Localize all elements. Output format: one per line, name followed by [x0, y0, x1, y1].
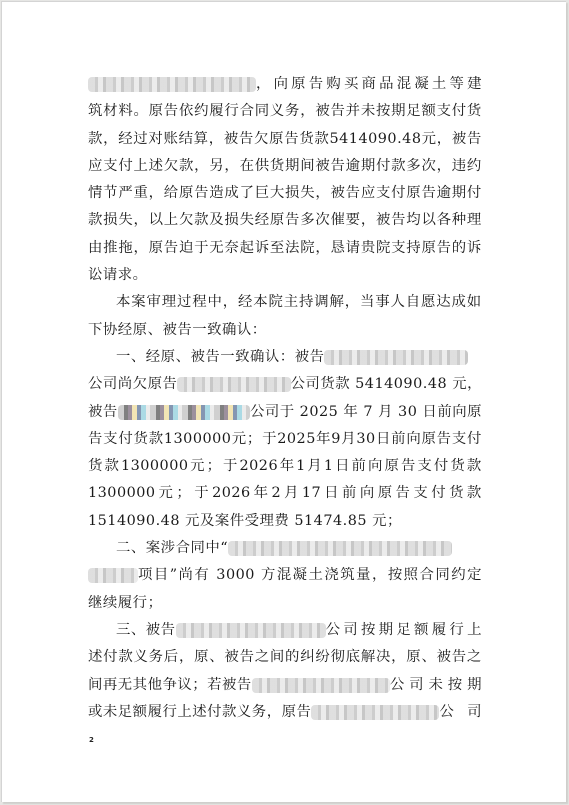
text-glyph: 告	[421, 180, 436, 207]
text-glyph: 成	[452, 289, 467, 316]
text-line: 筑材料。原告依约履行合同义务，被告并未按期足额支付货	[88, 98, 482, 125]
text-glyph: 向	[406, 426, 421, 453]
text-glyph: 经	[118, 126, 133, 153]
text-glyph: 的	[452, 235, 467, 262]
text-glyph: 了	[240, 180, 255, 207]
text-glyph: ，	[133, 235, 148, 262]
text-glyph: 损	[103, 207, 118, 234]
text-glyph: 2026	[212, 480, 251, 507]
text-glyph: ，	[437, 153, 452, 180]
text-glyph: ，	[179, 644, 194, 671]
text-glyph: 务	[149, 644, 164, 671]
text-glyph: 纷	[315, 644, 330, 671]
text-segment: 间再无其他争议；若被告	[88, 672, 252, 699]
text-glyph: 支	[103, 153, 118, 180]
text-glyph: 告	[437, 235, 452, 262]
text-glyph: 。	[133, 98, 148, 125]
text-glyph: 逾	[437, 180, 452, 207]
text-glyph: 货	[449, 480, 464, 507]
text-glyph: 货	[299, 126, 314, 153]
text-glyph: 述	[88, 644, 103, 671]
document-page: ，向原告购买商品混凝土等建筑材料。原告依约履行合同义务，被告并未按期足额支付货款…	[1, 1, 566, 802]
text-glyph: 款	[179, 153, 194, 180]
text-glyph: 给	[164, 180, 179, 207]
text-segment: 公司	[439, 699, 482, 726]
text-glyph: 过	[133, 126, 148, 153]
text-glyph: 调	[314, 289, 329, 316]
text-glyph: 日	[324, 480, 339, 507]
text-glyph: 告	[401, 453, 416, 480]
text-line: 或未足额履行上述付款义务，原告公司	[88, 699, 482, 726]
text-glyph: 支	[103, 426, 118, 453]
text-glyph: 款	[467, 453, 482, 480]
text-glyph: 付	[376, 153, 391, 180]
text-glyph: 上	[164, 207, 179, 234]
text-glyph: 在	[240, 153, 255, 180]
text-line: 1300000元；于2026年2月17日前向原告支付货款	[88, 480, 482, 507]
text-glyph: 付	[431, 480, 446, 507]
text-glyph: 以	[149, 207, 164, 234]
text-glyph: 1300000	[88, 480, 156, 507]
text-glyph: 月	[307, 453, 322, 480]
text-glyph: 支	[413, 480, 428, 507]
text-glyph: 付	[118, 426, 133, 453]
text-glyph: 原	[269, 126, 284, 153]
text-glyph: 节	[103, 180, 118, 207]
text-glyph: 款	[391, 153, 406, 180]
text-segment: 公司未按期	[390, 672, 482, 699]
text-glyph: 17	[302, 480, 321, 507]
redacted-name	[88, 568, 138, 583]
text-glyph: 次	[421, 153, 436, 180]
text-segment: 继续履行；	[88, 590, 162, 617]
text-glyph: 自	[406, 289, 421, 316]
text-glyph: 约	[467, 153, 482, 180]
text-segment: 项目”尚有 3000 方混凝土浇筑量，按照合同约定	[138, 562, 482, 589]
text-glyph: 院	[269, 289, 284, 316]
text-glyph: 付	[452, 98, 467, 125]
text-segment: 公司于 2025 年 7 月 30 日前向原	[250, 399, 482, 426]
text-glyph: 成	[224, 180, 239, 207]
text-glyph: 款	[104, 453, 119, 480]
text-glyph: 催	[331, 207, 346, 234]
text-glyph: 向	[360, 480, 375, 507]
text-glyph: ，	[133, 207, 148, 234]
text-glyph: ，	[345, 289, 360, 316]
text-glyph: 愿	[421, 289, 436, 316]
text-glyph: 失	[118, 207, 133, 234]
text-glyph: 1	[296, 453, 306, 480]
text-glyph: 起	[240, 235, 255, 262]
text-glyph: 以	[421, 207, 436, 234]
text-line: 述付款义务后，原、被告之间的纠纷彻底解决，原、被告之	[88, 644, 482, 671]
text-glyph: 过	[177, 289, 192, 316]
text-glyph: 告	[391, 207, 406, 234]
text-glyph: 人	[391, 289, 406, 316]
text-glyph: 告	[164, 235, 179, 262]
text-glyph: 理	[162, 289, 177, 316]
text-glyph: 元	[159, 480, 174, 507]
text-glyph: 欠	[254, 126, 269, 153]
text-glyph: 原	[378, 480, 393, 507]
text-glyph: 2025	[277, 426, 316, 453]
text-glyph: 1	[324, 453, 334, 480]
redacted-name	[324, 350, 468, 365]
text-glyph: 料	[118, 98, 133, 125]
text-segment: 讼请求。	[88, 262, 148, 289]
text-glyph: 本	[116, 289, 131, 316]
text-line: 下协经原、被告一致确认：	[88, 317, 482, 344]
text-glyph: 中	[208, 289, 223, 316]
text-glyph: 向	[368, 453, 383, 480]
text-segment: 1514090.48 元及案件受理费 51474.85 元；	[88, 508, 402, 535]
text-glyph: 底	[346, 644, 361, 671]
text-line: 间再无其他争议；若被告公司未按期	[88, 672, 482, 699]
text-glyph: 原	[270, 207, 285, 234]
text-glyph: 9	[331, 426, 341, 453]
text-glyph: 元	[190, 453, 205, 480]
text-glyph: 于	[262, 426, 277, 453]
text-line: 讼请求。	[88, 262, 482, 289]
text-glyph: 经	[255, 207, 270, 234]
text-glyph: 由	[88, 235, 103, 262]
text-glyph: 于	[194, 235, 209, 262]
text-glyph: 要	[346, 207, 361, 234]
text-glyph: 应	[361, 180, 376, 207]
text-glyph: 行	[224, 98, 239, 125]
text-glyph: 理	[467, 207, 482, 234]
text-line: 被告公司于 2025 年 7 月 30 日前向原	[88, 399, 482, 426]
text-glyph: 付	[467, 180, 482, 207]
text-line: 公司尚欠原告公司货款 5414090.48 元，	[88, 371, 482, 398]
text-glyph: 元	[232, 426, 247, 453]
text-glyph: 违	[452, 153, 467, 180]
redacted-name	[252, 678, 390, 693]
text-glyph: 付	[103, 644, 118, 671]
text-glyph: 告	[452, 644, 467, 671]
text-glyph: 履	[209, 98, 224, 125]
text-glyph: ，	[223, 289, 238, 316]
text-glyph: 解	[361, 644, 376, 671]
text-glyph: 年	[316, 426, 331, 453]
text-glyph: 告	[331, 153, 346, 180]
text-glyph: 大	[270, 180, 285, 207]
text-segment: 三、被告	[116, 617, 176, 644]
text-line: 货款1300000元；于2026年1月1日前向原告支付货款	[88, 453, 482, 480]
text-glyph: 货	[450, 453, 465, 480]
text-line: 告支付货款1300000元；于2025年9月30日前向原告支付	[88, 426, 482, 453]
text-glyph: 款	[88, 126, 103, 153]
text-glyph: 约	[194, 98, 209, 125]
text-glyph: 算	[194, 126, 209, 153]
text-glyph: 告	[88, 426, 103, 453]
text-glyph: 重	[133, 180, 148, 207]
text-glyph: ，	[149, 180, 164, 207]
text-glyph: ，	[224, 153, 239, 180]
text-glyph: 告	[467, 126, 482, 153]
text-glyph: ，	[194, 153, 209, 180]
text-glyph: 被	[331, 180, 346, 207]
text-glyph: 院	[300, 235, 315, 262]
text-glyph: 决	[376, 644, 391, 671]
text-glyph: 前	[391, 426, 406, 453]
text-glyph: 对	[148, 126, 163, 153]
text-glyph: 被	[376, 207, 391, 234]
text-glyph: 多	[300, 207, 315, 234]
text-glyph: 彻	[331, 644, 346, 671]
text-glyph: 额	[421, 98, 436, 125]
text-glyph: 损	[224, 207, 239, 234]
text-glyph: 义	[133, 644, 148, 671]
text-glyph: 之	[255, 644, 270, 671]
text-glyph: 货	[134, 426, 149, 453]
text-glyph: 后	[164, 644, 179, 671]
text-glyph: 年	[280, 453, 295, 480]
text-glyph: 告	[346, 180, 361, 207]
text-glyph: 拖	[118, 235, 133, 262]
text-glyph: 告	[437, 426, 452, 453]
redacted-name	[311, 705, 439, 720]
text-glyph: 告	[285, 207, 300, 234]
document-body: ，向原告购买商品混凝土等建筑材料。原告依约履行合同义务，被告并未按期足额支付货款…	[88, 71, 482, 726]
text-glyph: 原	[384, 453, 399, 480]
text-glyph: 被	[315, 98, 330, 125]
text-segment: 公司尚欠原告	[88, 371, 177, 398]
text-segment: 公司货款 5414090.48 元，	[291, 371, 482, 398]
text-glyph: 次	[315, 207, 330, 234]
text-glyph: 、	[209, 644, 224, 671]
text-glyph: 被	[224, 126, 239, 153]
text-glyph: 义	[270, 98, 285, 125]
text-glyph: 元	[422, 126, 437, 153]
text-glyph: 另	[209, 153, 224, 180]
text-glyph: 原	[406, 644, 421, 671]
text-glyph: 并	[346, 98, 361, 125]
text-glyph: 被	[315, 153, 330, 180]
text-glyph: 程	[192, 289, 207, 316]
text-glyph: 款	[314, 126, 329, 153]
text-glyph: 损	[285, 180, 300, 207]
text-glyph: 被	[224, 644, 239, 671]
text-segment: 下协经原、被告一致确认：	[88, 317, 267, 344]
text-glyph: 付	[467, 426, 482, 453]
text-glyph: 供	[255, 153, 270, 180]
text-glyph: 按	[376, 98, 391, 125]
text-glyph: 足	[406, 98, 421, 125]
text-glyph: 纠	[300, 644, 315, 671]
text-glyph: 支	[391, 235, 406, 262]
text-glyph: 请	[346, 235, 361, 262]
text-glyph: 日	[335, 453, 350, 480]
text-glyph: 款	[467, 480, 482, 507]
text-glyph: ；	[247, 426, 262, 453]
text-segment: 被告	[88, 399, 118, 426]
text-glyph: 未	[361, 98, 376, 125]
text-glyph: 期	[361, 153, 376, 180]
text-glyph: ，	[315, 235, 330, 262]
text-glyph: 2	[271, 480, 281, 507]
text-glyph: 如	[467, 289, 482, 316]
text-glyph: 付	[434, 453, 449, 480]
text-glyph: 贵	[361, 235, 376, 262]
text-glyph: 货	[270, 153, 285, 180]
text-glyph: 账	[163, 126, 178, 153]
text-glyph: 间	[270, 644, 285, 671]
text-glyph: 事	[375, 289, 390, 316]
text-glyph: 年	[254, 480, 269, 507]
text-glyph: 种	[452, 207, 467, 234]
text-glyph: 均	[406, 207, 421, 234]
redacted-name	[228, 541, 452, 556]
text-glyph: ，	[437, 126, 452, 153]
text-line: 继续履行；	[88, 590, 482, 617]
text-segment: 二、案涉合同中“	[116, 535, 228, 562]
text-line: 1514090.48 元及案件受理费 51474.85 元；	[88, 508, 482, 535]
text-glyph: 持	[299, 289, 314, 316]
text-glyph: 30	[356, 426, 375, 453]
text-glyph: 支	[437, 98, 452, 125]
text-glyph: 推	[103, 235, 118, 262]
text-glyph: 于	[194, 480, 209, 507]
text-glyph: 款	[194, 207, 209, 234]
text-glyph: 前	[352, 453, 367, 480]
text-glyph: 结	[179, 126, 194, 153]
text-glyph: ；	[207, 453, 222, 480]
text-glyph: 于	[223, 453, 238, 480]
text-glyph: 原	[421, 426, 436, 453]
text-glyph: 达	[436, 289, 451, 316]
text-glyph: 应	[88, 153, 103, 180]
text-glyph: 原	[149, 235, 164, 262]
text-glyph: 本	[253, 289, 268, 316]
redacted-name	[88, 77, 256, 92]
text-glyph: 材	[103, 98, 118, 125]
text-glyph: ；	[176, 480, 191, 507]
text-glyph: 及	[209, 207, 224, 234]
text-glyph: 前	[342, 480, 357, 507]
text-glyph: 告	[331, 98, 346, 125]
text-glyph: 被	[452, 126, 467, 153]
text-glyph: 原	[421, 235, 436, 262]
text-glyph: 无	[209, 235, 224, 262]
text-glyph: 同	[255, 98, 270, 125]
text-line: 情节严重，给原告造成了巨大损失，被告应支付原告逾期付	[88, 180, 482, 207]
text-glyph: 奈	[224, 235, 239, 262]
text-glyph: 失	[240, 207, 255, 234]
text-glyph: 当	[360, 289, 375, 316]
text-glyph: 原	[179, 180, 194, 207]
text-glyph: ，	[103, 126, 118, 153]
text-glyph: 院	[376, 235, 391, 262]
text-glyph: ，	[315, 180, 330, 207]
text-line: 款损失，以上欠款及损失经原告多次催要，被告均以各种理	[88, 207, 482, 234]
text-segment: 公司按期足额履行上	[326, 617, 482, 644]
text-glyph: ，	[361, 207, 376, 234]
text-glyph: 1300000	[121, 453, 189, 480]
text-glyph: 、	[421, 644, 436, 671]
text-glyph: ，	[209, 126, 224, 153]
text-glyph: 严	[118, 180, 133, 207]
text-glyph: 造	[209, 180, 224, 207]
text-glyph: 告	[284, 126, 299, 153]
text-glyph: 案	[131, 289, 146, 316]
text-glyph: 上	[133, 153, 148, 180]
text-glyph: 审	[147, 289, 162, 316]
text-glyph: 主	[284, 289, 299, 316]
text-glyph: 1300000	[164, 426, 232, 453]
text-glyph: 货	[467, 98, 482, 125]
text-glyph: 法	[285, 235, 300, 262]
text-glyph: 期	[452, 180, 467, 207]
text-glyph: 告	[396, 480, 411, 507]
text-glyph: 日	[376, 426, 391, 453]
text-line: 款，经过对账结算，被告欠原告货款5414090.48元，被告	[88, 126, 482, 153]
text-glyph: 月	[341, 426, 356, 453]
text-glyph: 各	[437, 207, 452, 234]
text-glyph: 原	[406, 180, 421, 207]
text-glyph: 期	[391, 98, 406, 125]
text-glyph: 2026	[240, 453, 279, 480]
text-glyph: 间	[300, 153, 315, 180]
text-line: 项目”尚有 3000 方混凝土浇筑量，按照合同约定	[88, 562, 482, 589]
text-glyph: 迫	[179, 235, 194, 262]
text-glyph: 付	[118, 153, 133, 180]
text-line: 一、经原、被告一致确认：被告	[88, 344, 482, 371]
text-glyph: 款	[118, 644, 133, 671]
text-glyph: 欠	[179, 207, 194, 234]
text-glyph: 告	[240, 644, 255, 671]
text-glyph: 失	[300, 180, 315, 207]
text-glyph: 多	[406, 153, 421, 180]
text-line: 三、被告公司按期足额履行上	[88, 617, 482, 644]
text-glyph: 期	[285, 153, 300, 180]
text-glyph: 持	[406, 235, 421, 262]
text-glyph: 诉	[467, 235, 482, 262]
text-line: 本案审理过程中，经本院主持调解，当事人自愿达成如	[88, 289, 482, 316]
text-glyph: ，	[300, 98, 315, 125]
text-glyph: 款	[149, 426, 164, 453]
text-glyph: 恳	[331, 235, 346, 262]
text-glyph: 支	[452, 426, 467, 453]
text-line: 二、案涉合同中“	[88, 535, 482, 562]
text-glyph: 务	[285, 98, 300, 125]
text-glyph: 货	[88, 453, 103, 480]
text-glyph: 被	[437, 644, 452, 671]
text-glyph: 付	[391, 180, 406, 207]
text-glyph: 依	[179, 98, 194, 125]
text-glyph: 解	[330, 289, 345, 316]
text-glyph: 月	[284, 480, 299, 507]
text-glyph: 巨	[255, 180, 270, 207]
text-glyph: 5414090.48	[330, 126, 422, 153]
redacted-name	[118, 405, 250, 420]
text-glyph: 告	[194, 180, 209, 207]
redacted-name	[176, 623, 326, 638]
text-glyph: 至	[270, 235, 285, 262]
text-line: ，向原告购买商品混凝土等建	[88, 71, 482, 98]
text-glyph: 支	[417, 453, 432, 480]
text-glyph: 经	[238, 289, 253, 316]
text-glyph: 告	[164, 98, 179, 125]
text-glyph: 的	[285, 644, 300, 671]
text-glyph: 原	[149, 98, 164, 125]
text-glyph: 筑	[88, 98, 103, 125]
text-glyph: 原	[194, 644, 209, 671]
text-segment: 一、经原、被告一致确认：被告	[116, 344, 324, 371]
text-glyph: 合	[240, 98, 255, 125]
redacted-name	[177, 377, 290, 392]
text-segment: ，向原告购买商品混凝土等建	[256, 71, 482, 98]
